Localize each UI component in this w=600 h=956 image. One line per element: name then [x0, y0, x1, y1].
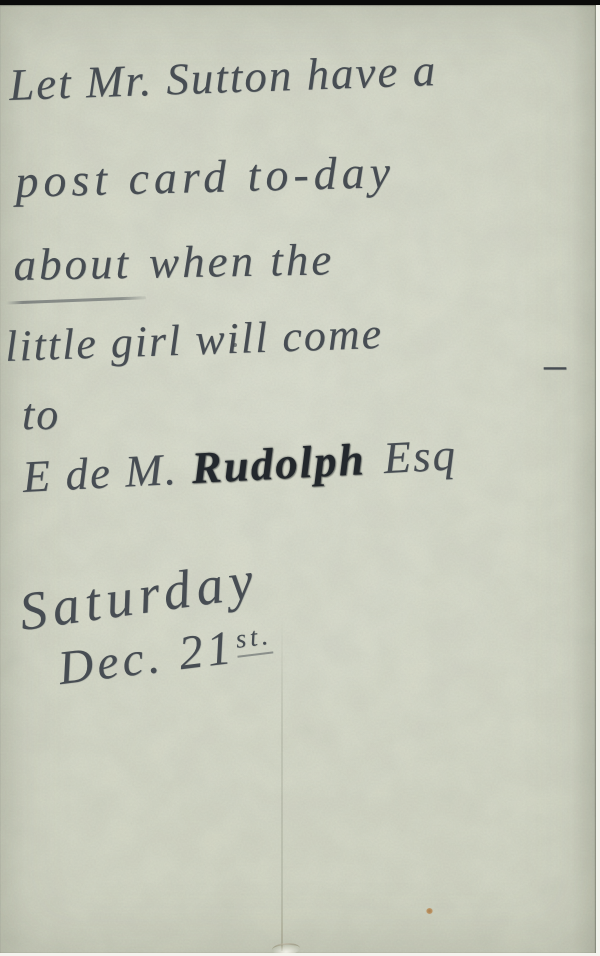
recipient-prefix: E de M.	[21, 444, 179, 502]
line-5-text: to	[22, 390, 60, 439]
scanned-letter-page: Let Mr. Sutton have a post card to-day a…	[0, 0, 600, 956]
handwritten-line-5: to	[22, 389, 60, 440]
foxing-spot	[426, 908, 433, 914]
handwritten-line-2: post card to-day	[15, 145, 396, 208]
recipient-suffix: Esq	[382, 429, 458, 483]
date-superscript: st.	[234, 620, 274, 658]
recipient-name-blotted: Rudolph	[190, 434, 366, 493]
handwritten-line-3: aboutwhen the	[13, 233, 335, 291]
line-2-text: post card to-day	[15, 146, 396, 207]
underlined-word-about: about	[13, 237, 131, 291]
paper-tear	[272, 942, 301, 956]
letter-paper: Let Mr. Sutton have a post card to-day a…	[0, 5, 596, 953]
stray-dash-mark: –	[544, 339, 568, 390]
ink-speck	[233, 343, 237, 347]
line-3-rest: when the	[149, 234, 335, 287]
paper-crease	[281, 615, 283, 951]
